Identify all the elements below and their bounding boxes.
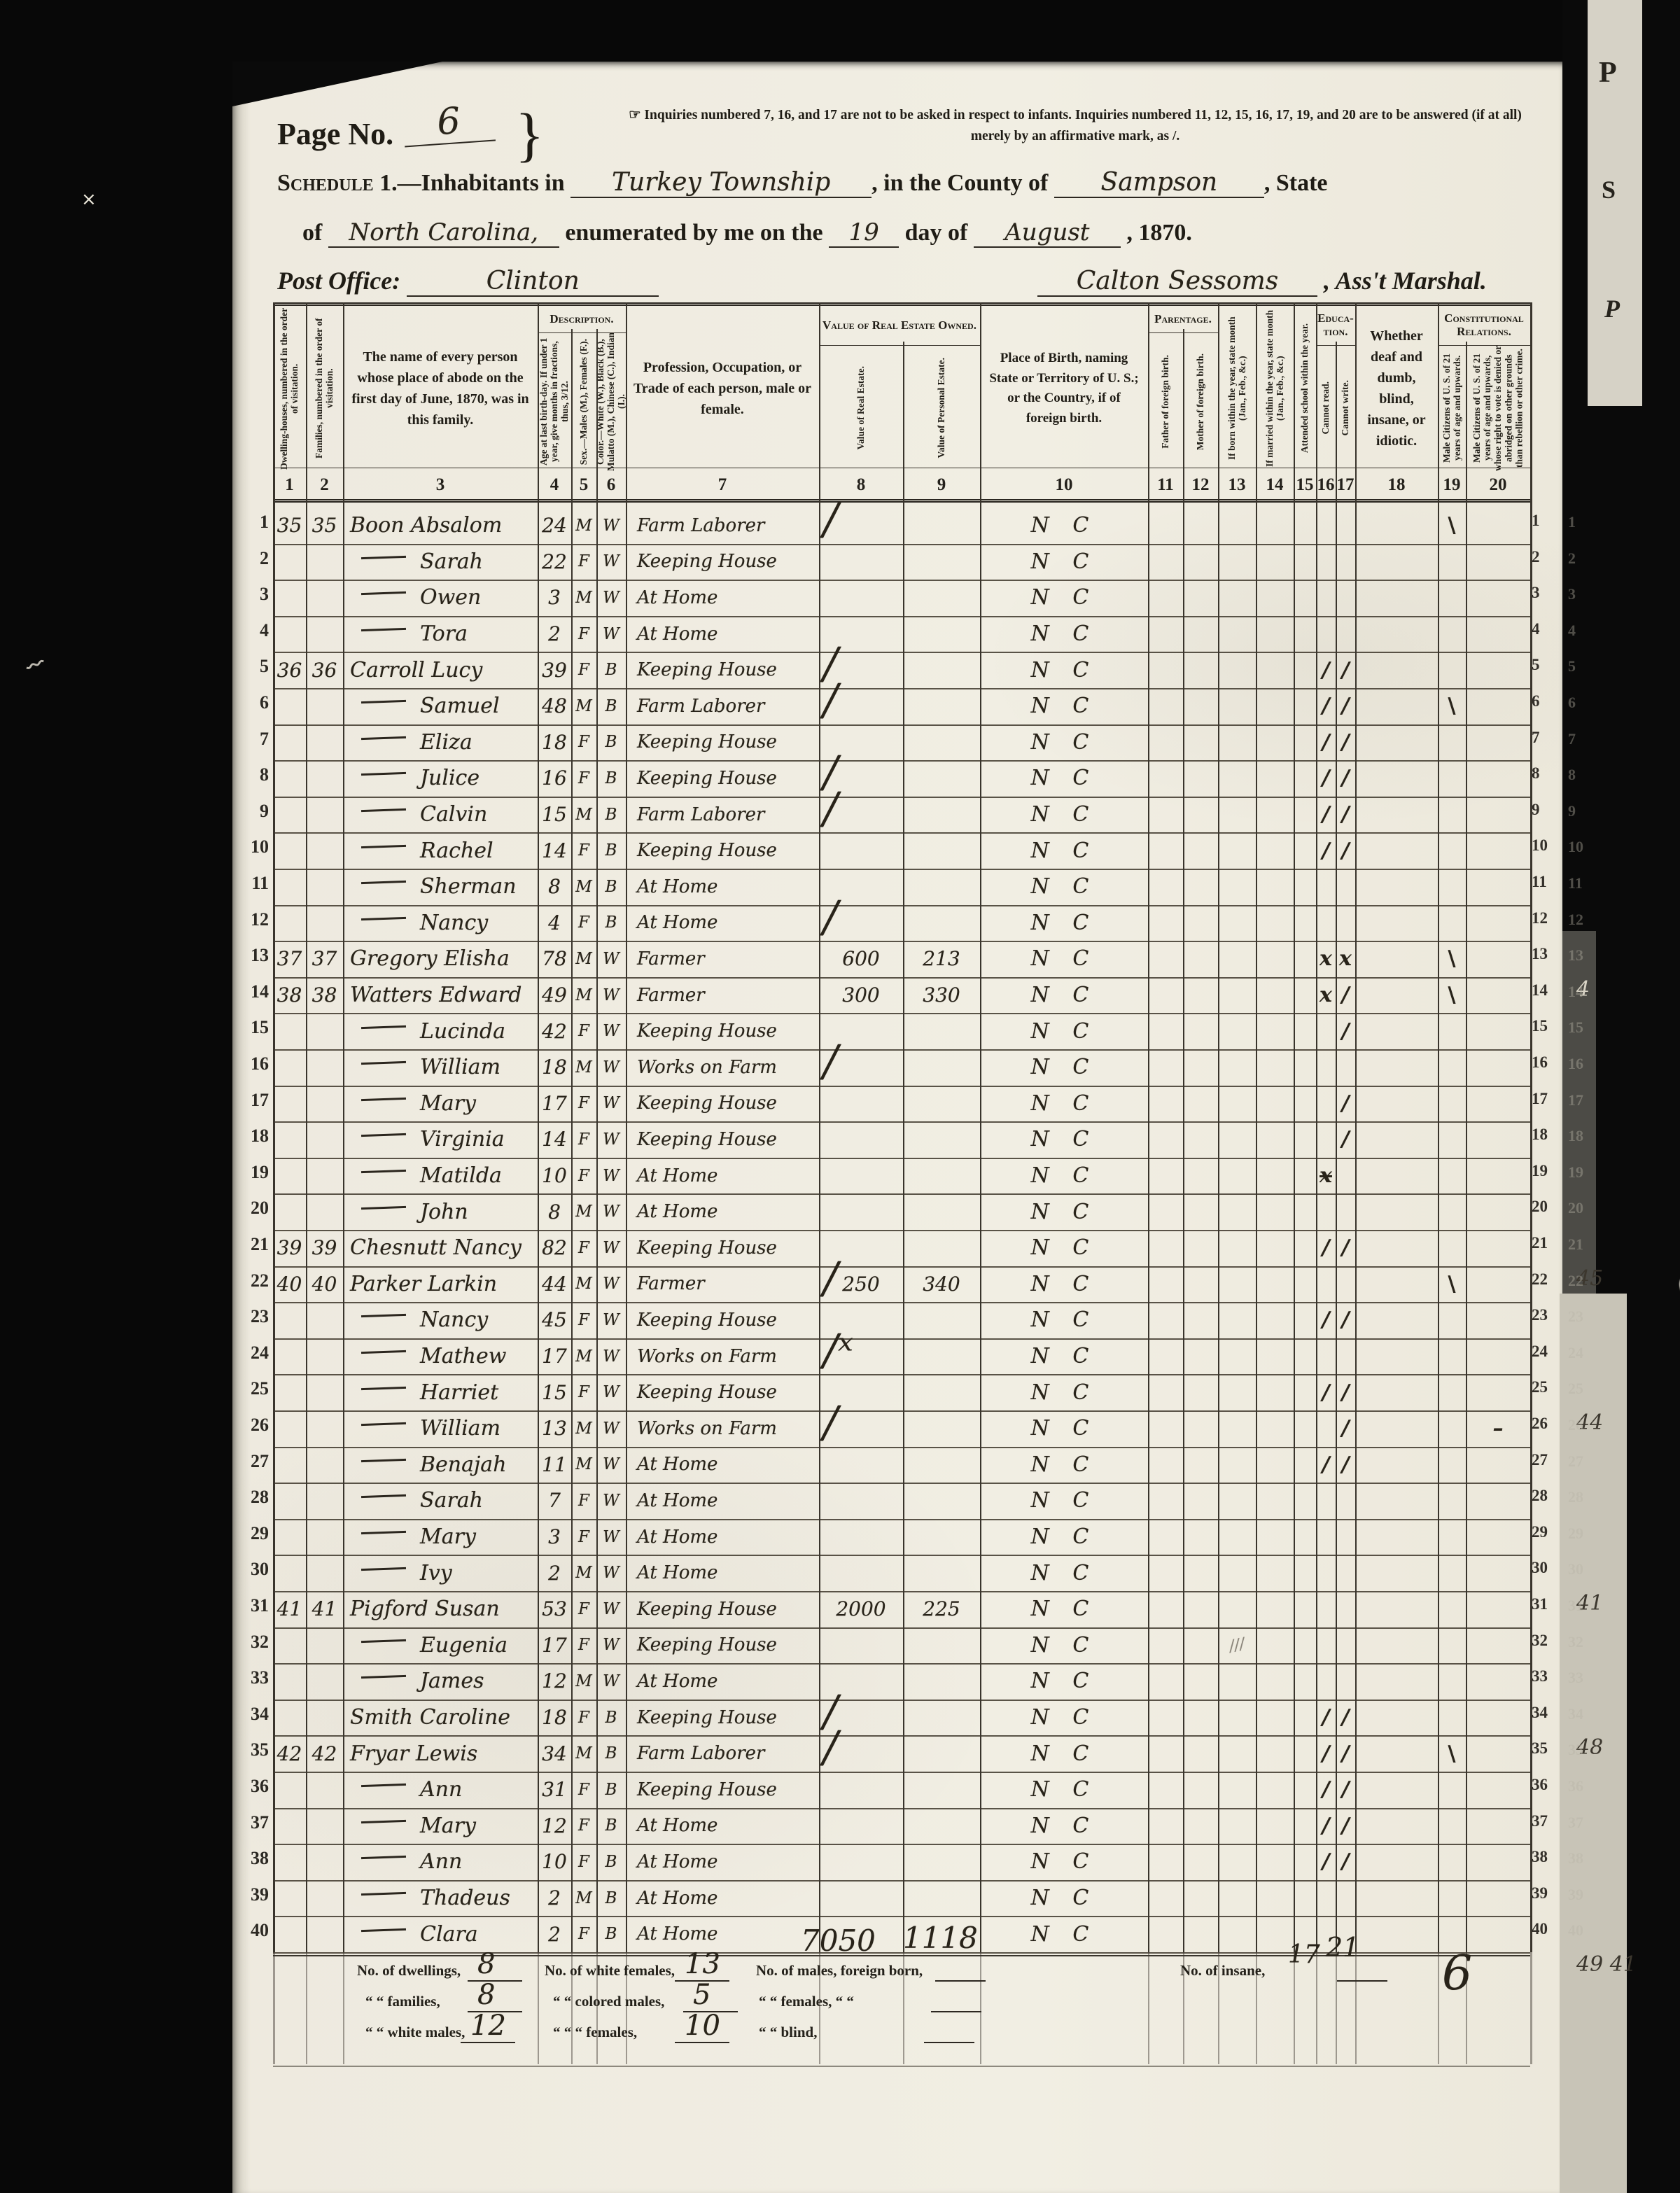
person-name: Samuel <box>420 694 500 718</box>
right-row-number: 29 <box>1532 1523 1557 1541</box>
cell-occupation: Keeping House <box>637 551 777 572</box>
cell-dwelling-number: 40 <box>277 1273 302 1296</box>
cell-real-estate: 300 <box>819 977 903 1014</box>
mark-cannot-read: / <box>1322 839 1330 863</box>
table-row: Thadeus2MBAt HomeN C <box>273 1880 1530 1918</box>
table-row: Sarah7FWAt HomeN C <box>273 1483 1530 1520</box>
mark-cannot-write: / <box>1342 1380 1350 1405</box>
cell-age: 31 <box>542 1778 567 1801</box>
cell-occupation: At Home <box>637 1165 717 1186</box>
column-header-18: Whether deaf and dumb, blind, insane, or… <box>1355 306 1438 471</box>
adjacent-row-number: 31 <box>1568 1597 1583 1615</box>
column-header-2: Families, numbered in the order of visit… <box>306 306 343 471</box>
mark-cannot-read: / <box>1322 1814 1330 1838</box>
table-row: Matilda10FWAt HomeN Cx <box>273 1158 1530 1196</box>
adjacent-row-number: 15 <box>1568 1018 1583 1037</box>
column-header-label: Value of Personal Estate. <box>936 358 946 458</box>
table-row: Sarah22FWKeeping HouseN C <box>273 544 1530 582</box>
right-row-number: 10 <box>1532 836 1557 855</box>
column-header-20: Male Citizens of U. S. of 21 years of ag… <box>1466 345 1530 471</box>
cell-occupation: At Home <box>637 1851 717 1872</box>
cell-occupation: Farmer <box>637 948 705 969</box>
cell-birthplace: N C <box>1031 694 1098 718</box>
cell-family-number: 40 <box>312 1273 337 1296</box>
cell-age: 10 <box>542 1850 567 1873</box>
cell-birthplace: N C <box>1031 1452 1098 1477</box>
column-group-header: Educa- tion. <box>1316 306 1355 346</box>
cell-occupation: Keeping House <box>637 1129 777 1150</box>
right-row-number: 24 <box>1532 1343 1557 1361</box>
table-row: 3636Carroll Lucy39FBKeeping House/N C// <box>273 652 1530 689</box>
left-row-number: 18 <box>237 1126 269 1147</box>
right-row-number: 12 <box>1532 909 1557 927</box>
left-row-number: 8 <box>237 764 269 785</box>
table-row: Benajah11MWAt HomeN C// <box>273 1447 1530 1485</box>
cell-sex: F <box>578 913 589 932</box>
column-number: 10 <box>980 471 1148 499</box>
cell-name: Tora <box>343 616 538 652</box>
column-header-10: Place of Birth, naming State or Territor… <box>980 306 1148 471</box>
total-personal-estate: 1118 <box>903 1921 978 1955</box>
cell-sex: F <box>578 1492 589 1510</box>
cell-name: Lucinda <box>343 1013 538 1049</box>
cell-family-number: 38 <box>312 983 337 1007</box>
cell-dwelling-number: 38 <box>277 983 302 1007</box>
stray-pen-stroke: / <box>823 1725 838 1769</box>
cell-occupation: Keeping House <box>637 1238 777 1259</box>
cell-family-number: 41 <box>312 1597 337 1620</box>
left-row-number: 35 <box>237 1739 269 1760</box>
left-row-number: 12 <box>237 909 269 930</box>
adjacent-row-number: 32 <box>1568 1633 1583 1651</box>
right-row-number: 38 <box>1532 1848 1557 1866</box>
cell-age: 42 <box>542 1020 567 1043</box>
cell-age: 14 <box>542 1128 567 1151</box>
inquiries-note-line2: merely by an affirmative mark, as /. <box>971 129 1180 143</box>
cell-name: James <box>343 1663 538 1700</box>
adjacent-row-number: 6 <box>1568 694 1576 712</box>
column-header-label: Dwelling-houses, numbered in the order o… <box>279 306 300 471</box>
inquiries-note: ☞ Inquiries numbered 7, 16, and 17 are n… <box>622 105 1529 147</box>
brace: } <box>515 111 544 159</box>
chalk-stroke: ⌇ <box>19 654 49 675</box>
cell-real-estate <box>819 1555 903 1591</box>
inquiries-note-line1: Inquiries numbered 7, 16, and 17 are not… <box>644 108 1522 122</box>
cell-occupation: At Home <box>637 1924 717 1945</box>
right-row-number: 14 <box>1532 981 1557 1000</box>
left-row-number: 1 <box>237 512 269 533</box>
column-group-header: Constitutional Relations. <box>1438 306 1530 346</box>
cell-occupation: Keeping House <box>637 1093 777 1114</box>
cell-occupation: Works on Farm <box>637 1418 777 1439</box>
left-row-number: 20 <box>237 1198 269 1219</box>
schedule-seg7: , 1870. <box>1126 220 1192 246</box>
stat-label: No. of white females, <box>545 1962 675 1980</box>
adjacent-row-number: 16 <box>1568 1055 1583 1073</box>
cell-age: 15 <box>542 1381 567 1404</box>
cell-name: Harriet <box>343 1374 538 1410</box>
ditto-dash <box>361 881 406 884</box>
column-number: 17 <box>1336 471 1355 499</box>
cell-age: 48 <box>542 694 567 717</box>
mark-cannot-read: / <box>1322 1380 1330 1405</box>
cell-age: 34 <box>542 1742 567 1765</box>
table-row: 4040Parker Larkin44MWFarmer250/340N C\ <box>273 1266 1530 1304</box>
right-row-number: 18 <box>1532 1126 1557 1144</box>
mark-cannot-write: / <box>1342 694 1350 718</box>
adjacent-row-number: 30 <box>1568 1560 1583 1578</box>
column-header-label: Whether deaf and dumb, blind, insane, or… <box>1355 323 1438 454</box>
adjacent-row-number: 11 <box>1568 874 1583 892</box>
table-row: Julice16FBKeeping House/N C// <box>273 760 1530 798</box>
cell-name: Ann <box>343 1772 538 1808</box>
cell-occupation: Keeping House <box>637 731 777 752</box>
adjacent-row-number: 20 <box>1568 1199 1583 1217</box>
adjacent-row-number: 27 <box>1568 1452 1583 1471</box>
person-name: Benajah <box>420 1452 507 1477</box>
right-row-number: 26 <box>1532 1415 1557 1433</box>
cell-occupation: Farm Laborer <box>637 696 764 717</box>
cell-color: W <box>603 950 619 968</box>
person-name: Gregory Elisha <box>350 946 510 971</box>
cell-personal-estate: 225 <box>923 1597 960 1620</box>
cell-birthplace: N C <box>1031 1272 1098 1296</box>
cell-color: B <box>605 878 617 896</box>
cell-real-estate: /ˣ <box>819 1338 903 1375</box>
cell-personal-estate: 330 <box>923 983 960 1007</box>
cell-sex: M <box>575 1889 592 1907</box>
person-name: Matilda <box>420 1163 502 1188</box>
person-name: Carroll Lucy <box>350 658 482 682</box>
adjacent-row-number: 19 <box>1568 1163 1583 1182</box>
cell-sex: F <box>578 1709 589 1727</box>
table-row: Nancy4FBAt Home/N C <box>273 905 1530 943</box>
column-group-label: Educa- tion. <box>1316 312 1355 338</box>
person-name: Smith Caroline <box>350 1705 510 1730</box>
cell-name: Owen <box>343 580 538 616</box>
adjacent-row-number: 36 <box>1568 1777 1583 1795</box>
person-name: Chesnutt Nancy <box>350 1235 521 1260</box>
ditto-dash <box>361 1892 406 1896</box>
column-number: 9 <box>903 471 980 499</box>
cell-color: W <box>603 1528 619 1546</box>
cell-color: W <box>603 1094 619 1112</box>
left-row-number: 33 <box>237 1667 269 1688</box>
stray-pen-stroke: / <box>823 787 838 830</box>
ditto-dash <box>361 1639 406 1643</box>
table-row: 3939Chesnutt Nancy82FWKeeping HouseN C// <box>273 1230 1530 1268</box>
footer-statistics: No. of dwellings,8No. of white females,1… <box>273 1952 1530 2067</box>
cell-age: 17 <box>542 1092 567 1115</box>
ditto-dash <box>361 772 406 776</box>
adjacent-page-letter: P <box>1599 56 1617 90</box>
cell-real-estate: / <box>819 1410 903 1447</box>
column-number: 1 <box>273 471 306 499</box>
cell-occupation: At Home <box>637 624 717 645</box>
table-row: William13MWWorks on Farm/N C/– <box>273 1410 1530 1448</box>
mark-cannot-read: / <box>1322 1777 1330 1802</box>
cell-name: Thadeus <box>343 1880 538 1917</box>
mark-cannot-write: / <box>1342 1452 1350 1477</box>
left-row-number: 10 <box>237 836 269 857</box>
right-row-number: 33 <box>1532 1667 1557 1686</box>
adjacent-row-number: 24 <box>1568 1344 1583 1362</box>
cell-color: W <box>603 1636 619 1654</box>
cell-color: B <box>605 1889 617 1907</box>
mark-cannot-write: / <box>1342 730 1350 755</box>
real-estate-value: 600 <box>842 947 879 970</box>
cell-age: 8 <box>548 875 561 898</box>
mark-cannot-write: / <box>1342 1235 1350 1260</box>
cell-age: 82 <box>542 1236 567 1259</box>
cell-color: W <box>603 1130 619 1149</box>
cell-name: Virginia <box>343 1121 538 1158</box>
cell-occupation: Keeping House <box>637 768 777 789</box>
person-name: Nancy <box>420 1308 488 1332</box>
mark-cannot-write: / <box>1342 983 1350 1007</box>
left-row-number: 13 <box>237 945 269 966</box>
left-row-number: 11 <box>237 873 269 894</box>
table-row: Tora2FWAt HomeN C <box>273 616 1530 654</box>
cell-family-number: 42 <box>312 1742 337 1765</box>
month-value: August <box>974 218 1121 248</box>
column-header-1: Dwelling-houses, numbered in the order o… <box>273 306 306 471</box>
cell-age: 3 <box>548 586 561 609</box>
schedule-line-2: of North Carolina, enumerated by me on t… <box>302 218 1192 248</box>
real-estate-value: 300 <box>842 983 879 1007</box>
cell-color: B <box>605 913 617 932</box>
left-row-number: 5 <box>237 656 269 677</box>
cell-age: 18 <box>542 1706 567 1729</box>
cell-birthplace: N C <box>1031 874 1098 899</box>
ditto-dash <box>361 1820 406 1823</box>
column-header-label: Age at last birth-day. If under 1 year, … <box>538 332 570 471</box>
mark-cannot-write: / <box>1342 802 1350 827</box>
cell-birthplace: N C <box>1031 1814 1098 1838</box>
cell-age: 4 <box>548 911 561 934</box>
cell-born-within-year-mark: /// <box>1228 1635 1247 1655</box>
column-header-19: Male Citizens of U. S. of 21 years of ag… <box>1438 345 1466 471</box>
table-row: Virginia14FWKeeping HouseN C/ <box>273 1121 1530 1159</box>
ditto-dash <box>361 628 406 631</box>
stat-label: “ “ colored males, <box>553 1993 664 2010</box>
left-row-number: 23 <box>237 1306 269 1327</box>
table-row: Eugenia17FWKeeping HouseN C/// <box>273 1627 1530 1665</box>
cell-age: 2 <box>548 1562 561 1585</box>
person-name: Tora <box>420 622 468 646</box>
cell-name: Rachel <box>343 832 538 869</box>
ditto-dash <box>361 1567 406 1571</box>
adjacent-row-number: 17 <box>1568 1091 1583 1109</box>
person-name: Lucinda <box>420 1019 505 1044</box>
column-header-label: Families, numbered in the order of visit… <box>314 306 335 471</box>
cell-birthplace: N C <box>1031 1525 1098 1549</box>
adjacent-row-number: 39 <box>1568 1886 1583 1904</box>
real-estate-value: 250 <box>842 1273 879 1296</box>
cell-birthplace: N C <box>1031 622 1098 646</box>
cell-birthplace: N C <box>1031 839 1098 863</box>
mark-cannot-write: / <box>1342 1742 1350 1766</box>
left-row-number: 3 <box>237 584 269 605</box>
cell-real-estate: / <box>819 1735 903 1772</box>
column-header-12: Mother of foreign birth. <box>1183 332 1218 471</box>
marshal-label: , Ass't Marshal. <box>1324 267 1487 295</box>
cell-name: Ann <box>343 1844 538 1880</box>
cell-real-estate: / <box>819 688 903 724</box>
table-row: Eliza18FBKeeping HouseN C// <box>273 724 1530 762</box>
left-row-number: 30 <box>237 1559 269 1580</box>
person-name: Eugenia <box>420 1633 507 1658</box>
person-name: John <box>420 1200 468 1224</box>
schedule-seg3: , State <box>1264 170 1328 196</box>
column-number: 5 <box>571 471 596 499</box>
cell-age: 44 <box>542 1273 567 1296</box>
mark-cannot-write: / <box>1342 1849 1350 1874</box>
adjacent-row-number: 29 <box>1568 1525 1583 1543</box>
right-row-number: 4 <box>1532 620 1557 638</box>
cell-occupation: At Home <box>637 1562 717 1583</box>
column-header-label: Profession, Occupation, or Trade of each… <box>626 354 819 423</box>
cell-name: Sarah <box>343 544 538 580</box>
cell-age: 18 <box>542 1056 567 1079</box>
column-header-4: Age at last birth-day. If under 1 year, … <box>538 332 571 471</box>
ditto-dash <box>361 1531 406 1534</box>
cell-real-estate: / <box>819 797 903 833</box>
cell-birthplace: N C <box>1031 946 1098 971</box>
left-row-number: 4 <box>237 620 269 641</box>
ditto-dash <box>361 736 406 740</box>
left-row-number: 21 <box>237 1234 269 1255</box>
cell-age: 2 <box>548 1923 561 1946</box>
cell-color: B <box>605 1853 617 1871</box>
cell-family-number: 39 <box>312 1236 337 1259</box>
cell-occupation: Farm Laborer <box>637 515 764 536</box>
right-row-number: 8 <box>1532 764 1557 783</box>
person-name: Calvin <box>420 802 487 827</box>
mark-cannot-write: / <box>1342 1091 1350 1116</box>
cell-real-estate <box>819 1880 903 1917</box>
table-row: Ann31FBKeeping HouseN C// <box>273 1772 1530 1809</box>
right-row-number: 36 <box>1532 1776 1557 1794</box>
stray-pen-stroke: / <box>823 498 838 541</box>
cell-real-estate: / <box>819 507 903 544</box>
cell-name: Mathew <box>343 1338 538 1375</box>
cell-dwelling-number: 35 <box>277 514 302 537</box>
township-value: Turkey Township <box>570 168 871 198</box>
stat-label: No. of dwellings, <box>357 1962 461 1980</box>
cell-color: B <box>605 841 617 860</box>
cell-name: Calvin <box>343 797 538 833</box>
table-row: Ivy2MWAt HomeN C <box>273 1555 1530 1592</box>
left-row-number: 9 <box>237 801 269 822</box>
column-group-label: Description. <box>549 313 613 326</box>
page-no-label: Page No. <box>277 116 393 152</box>
cell-color: W <box>603 1492 619 1510</box>
cell-sex: F <box>578 1311 589 1329</box>
right-row-number: 30 <box>1532 1559 1557 1577</box>
ditto-dash <box>361 1098 406 1101</box>
cell-sex: F <box>578 1130 589 1149</box>
cell-occupation: At Home <box>637 1490 717 1511</box>
cell-age: 12 <box>542 1669 567 1693</box>
schedule-line-1: Schedule 1.—Inhabitants in Turkey Townsh… <box>277 168 1328 198</box>
right-row-number: 16 <box>1532 1053 1557 1072</box>
person-name: Parker Larkin <box>350 1272 497 1296</box>
cell-birthplace: N C <box>1031 1091 1098 1116</box>
table-row: Harriet15FWKeeping HouseN C// <box>273 1374 1530 1412</box>
left-row-number: 32 <box>237 1632 269 1653</box>
cell-real-estate: 600 <box>819 941 903 977</box>
column-header-11: Father of foreign birth. <box>1148 332 1183 471</box>
person-name: Virginia <box>420 1127 505 1151</box>
mark-cannot-read: / <box>1322 730 1330 755</box>
cell-age: 39 <box>542 659 567 682</box>
cell-occupation: Works on Farm <box>637 1346 777 1367</box>
schedule-seg2: , in the County of <box>871 170 1048 196</box>
person-name: Nancy <box>420 911 488 935</box>
day-value: 19 <box>829 218 899 248</box>
cell-color: B <box>605 1781 617 1799</box>
cell-color: W <box>603 1564 619 1582</box>
cell-sex: F <box>578 1816 589 1835</box>
column-header-16: Cannot read. <box>1316 345 1336 471</box>
cell-occupation: Farmer <box>637 1273 705 1294</box>
ditto-dash <box>361 700 406 703</box>
cell-color: W <box>603 1347 619 1366</box>
person-name: Mathew <box>420 1344 506 1368</box>
cell-birthplace: N C <box>1031 1488 1098 1513</box>
column-number: 3 <box>343 471 538 499</box>
marshal-name-value: Calton Sessoms <box>1037 267 1317 297</box>
column-number: 15 <box>1294 471 1316 499</box>
column-header-label: Cannot write. <box>1340 380 1350 436</box>
person-name: Fryar Lewis <box>350 1742 477 1766</box>
cell-sex: F <box>578 769 589 787</box>
cell-sex: M <box>575 1564 592 1582</box>
cell-birthplace: N C <box>1031 1669 1098 1693</box>
left-row-number: 15 <box>237 1017 269 1038</box>
ditto-dash <box>361 845 406 848</box>
right-row-number: 3 <box>1532 584 1557 602</box>
table-row: Lucinda42FWKeeping HouseN C/ <box>273 1013 1530 1051</box>
mark-cannot-read: / <box>1322 658 1330 682</box>
cell-birthplace: N C <box>1031 1705 1098 1730</box>
cell-name: Nancy <box>343 1302 538 1338</box>
left-row-number: 24 <box>237 1343 269 1364</box>
adjacent-row-number: 25 <box>1568 1380 1583 1398</box>
mark-male-citizen: \ <box>1448 694 1456 718</box>
column-header-label: If married within the year, state month … <box>1264 306 1285 471</box>
column-header-label: Sex.—Males (M.), Females (F.). <box>578 339 589 465</box>
cell-real-estate <box>819 1772 903 1808</box>
column-number: 14 <box>1256 471 1294 499</box>
mark-cannot-write: / <box>1342 1814 1350 1838</box>
cell-age: 14 <box>542 839 567 862</box>
cell-dwelling-number: 37 <box>277 947 302 970</box>
column-header-5: Sex.—Males (M.), Females (F.). <box>571 332 596 471</box>
cell-name: Pigford Susan <box>343 1591 545 1627</box>
right-row-number: 2 <box>1532 548 1557 566</box>
mark-cannot-write: / <box>1342 658 1350 682</box>
mark-cannot-read: x <box>1319 1163 1332 1188</box>
cell-birthplace: N C <box>1031 1235 1098 1260</box>
table-header: Dwelling-houses, numbered in the order o… <box>273 302 1530 471</box>
adjacent-row-number: 21 <box>1568 1235 1583 1254</box>
cell-color: W <box>603 625 619 643</box>
cell-sex: F <box>578 1925 589 1943</box>
ditto-dash <box>361 1675 406 1679</box>
table-row: Rachel14FBKeeping HouseN C// <box>273 832 1530 870</box>
